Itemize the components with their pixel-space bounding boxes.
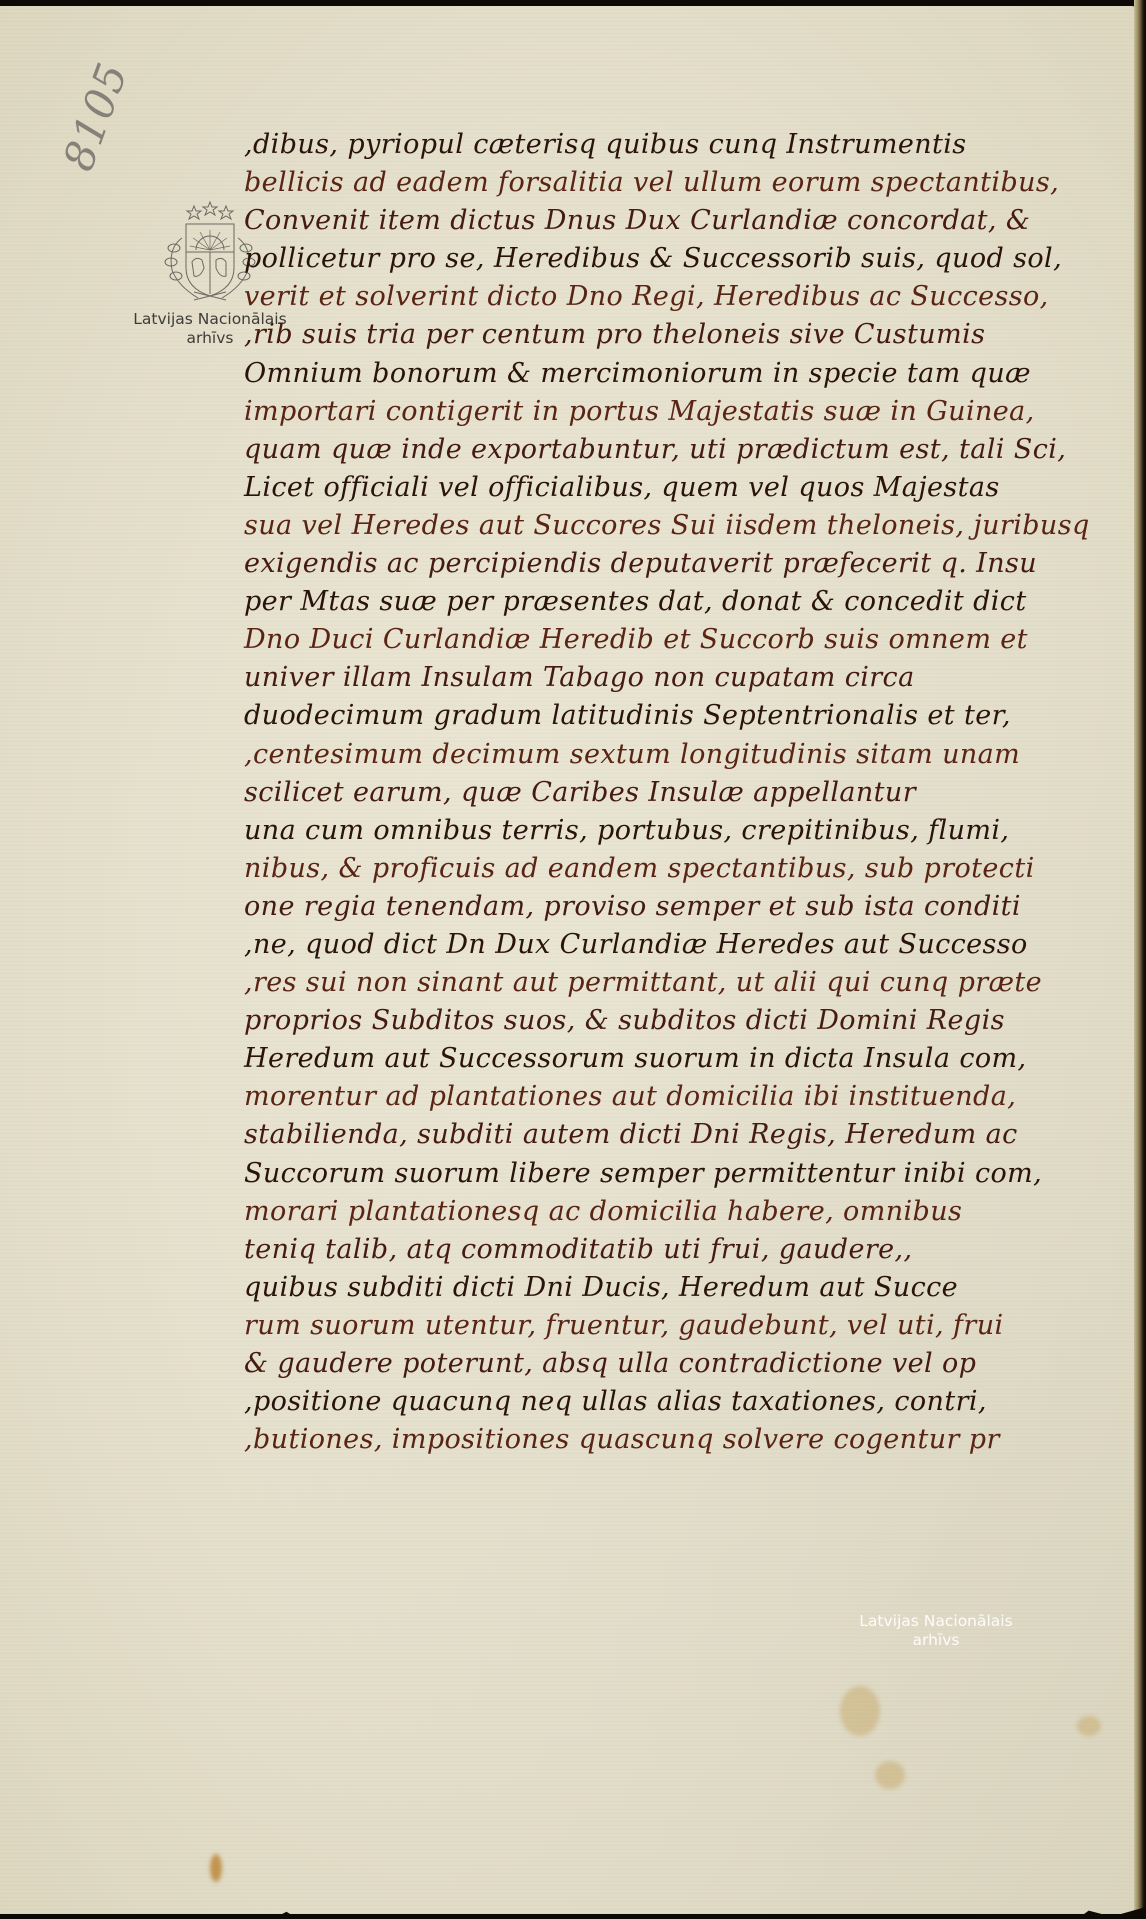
paper-stain	[840, 1686, 880, 1736]
manuscript-text: ,dibus, pyriopul cæterisq quibus cunq In…	[244, 126, 1134, 1459]
manuscript-line: ,dibus, pyriopul cæterisq quibus cunq In…	[244, 126, 1134, 164]
manuscript-line: ,res sui non sinant aut permittant, ut a…	[244, 964, 1134, 1002]
manuscript-line: ,rib suis tria per centum pro theloneis …	[244, 316, 1134, 354]
manuscript-line: ,centesimum decimum sextum longitudinis …	[244, 736, 1134, 774]
manuscript-line: Omnium bonorum & mercimoniorum in specie…	[244, 355, 1134, 393]
manuscript-line: quibus subditi dicti Dni Ducis, Heredum …	[244, 1269, 1134, 1307]
page-edge-shadow	[1134, 0, 1146, 1919]
manuscript-line: Dno Duci Curlandiæ Heredib et Succorb su…	[244, 621, 1134, 659]
archive-watermark-bottom: Latvijas Nacionālais arhīvs	[836, 1612, 1036, 1650]
manuscript-line: importari contigerit in portus Majestati…	[244, 393, 1134, 431]
manuscript-line: bellicis ad eadem forsalitia vel ullum e…	[244, 164, 1134, 202]
catalog-number: 8105	[48, 58, 138, 168]
manuscript-line: quam quæ inde exportabuntur, uti prædict…	[244, 431, 1134, 469]
manuscript-line: rum suorum utentur, fruentur, gaudebunt,…	[244, 1307, 1134, 1345]
manuscript-line: exigendis ac percipiendis deputaverit pr…	[244, 545, 1134, 583]
paper-stain	[875, 1761, 905, 1789]
manuscript-line: pollicetur pro se, Heredibus & Successor…	[244, 240, 1134, 278]
archive-name-line2: arhīvs	[913, 1631, 960, 1650]
manuscript-line: verit et solverint dicto Dno Regi, Hered…	[244, 278, 1134, 316]
manuscript-line: Succorum suorum libere semper permittent…	[244, 1155, 1134, 1193]
manuscript-line: morari plantationesq ac domicilia habere…	[244, 1193, 1134, 1231]
manuscript-line: scilicet earum, quæ Caribes Insulæ appel…	[244, 774, 1134, 812]
manuscript-line: ,butiones, impositiones quascunq solvere…	[244, 1421, 1134, 1459]
manuscript-line: Heredum aut Successorum suorum in dicta …	[244, 1040, 1134, 1078]
manuscript-line: duodecimum gradum latitudinis Septentrio…	[244, 697, 1134, 735]
manuscript-line: one regia tenendam, proviso semper et su…	[244, 888, 1134, 926]
paper-stain	[210, 1854, 222, 1882]
manuscript-line: & gaudere poterunt, absq ulla contradict…	[244, 1345, 1134, 1383]
manuscript-line: per Mtas suæ per præsentes dat, donat & …	[244, 583, 1134, 621]
manuscript-line: proprios Subditos suos, & subditos dicti…	[244, 1002, 1134, 1040]
manuscript-line: Convenit item dictus Dnus Dux Curlandiæ …	[244, 202, 1134, 240]
paper-stain	[1077, 1716, 1101, 1736]
manuscript-line: ,ne, quod dict Dn Dux Curlandiæ Heredes …	[244, 926, 1134, 964]
manuscript-line: univer illam Insulam Tabago non cupatam …	[244, 659, 1134, 697]
manuscript-line: nibus, & proficuis ad eandem spectantibu…	[244, 850, 1134, 888]
manuscript-line: una cum omnibus terris, portubus, crepit…	[244, 812, 1134, 850]
archive-name-line2: arhīvs	[187, 329, 234, 348]
manuscript-page: 8105	[0, 6, 1136, 1914]
manuscript-line: morentur ad plantationes aut domicilia i…	[244, 1078, 1134, 1116]
manuscript-line: Licet officiali vel officialibus, quem v…	[244, 469, 1134, 507]
manuscript-line: stabilienda, subditi autem dicti Dni Reg…	[244, 1116, 1134, 1154]
archive-name-line1: Latvijas Nacionālais	[859, 1612, 1012, 1631]
manuscript-line: ,positione quacunq neq ullas alias taxat…	[244, 1383, 1134, 1421]
manuscript-line: teniq talib, atq commoditatib uti frui, …	[244, 1231, 1134, 1269]
manuscript-line: sua vel Heredes aut Succores Sui iisdem …	[244, 507, 1134, 545]
